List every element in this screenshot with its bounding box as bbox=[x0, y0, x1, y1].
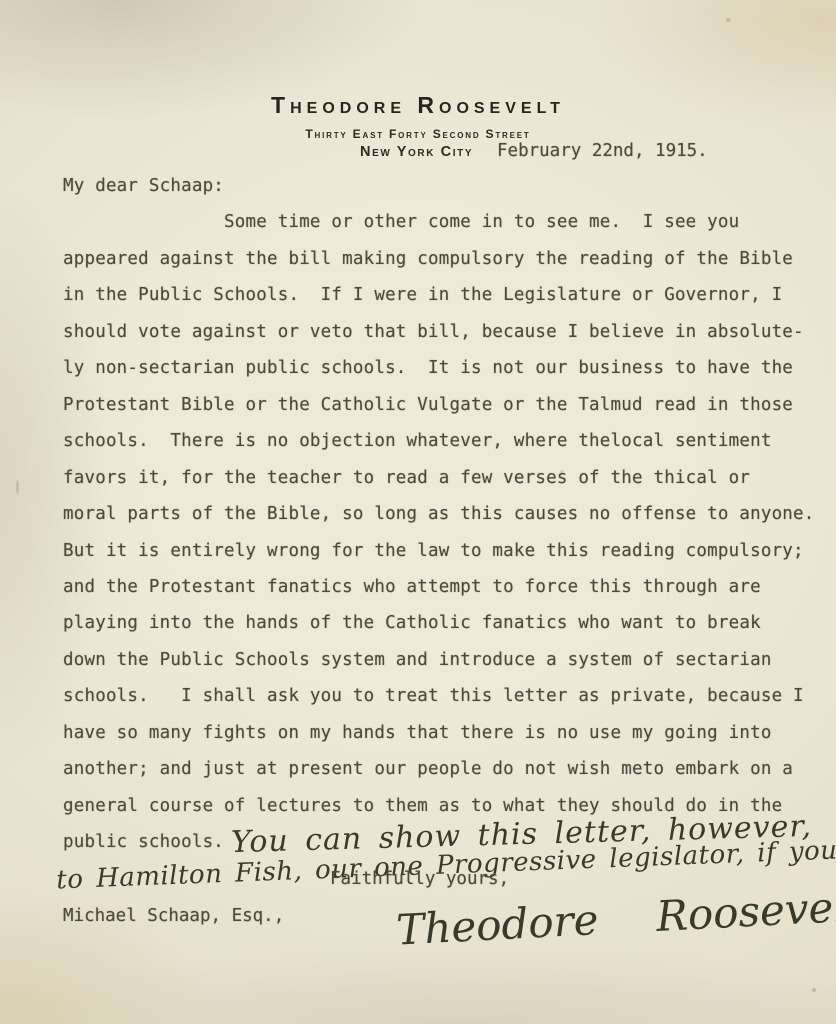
letter-body-line: playing into the hands of the Catholic f… bbox=[63, 605, 815, 641]
letter-body-line: Protestant Bible or the Catholic Vulgate… bbox=[63, 387, 815, 423]
letter-body-line: favors it, for the teacher to read a few… bbox=[63, 460, 815, 496]
letter-body-line: Some time or other come in to see me. I … bbox=[63, 204, 815, 240]
letterhead-city: New York City bbox=[360, 144, 473, 160]
paper-speck bbox=[812, 988, 816, 992]
letterhead-name: Theodore Roosevelt bbox=[0, 92, 836, 119]
letter-body: My dear Schaap: Some time or other come … bbox=[63, 168, 815, 861]
signature-last-name: Roosevelt, bbox=[655, 880, 836, 940]
letterhead-address: Thirty East Forty Second Street bbox=[0, 127, 836, 141]
paper-speck bbox=[16, 480, 19, 494]
letter-body-line: down the Public Schools system and intro… bbox=[63, 642, 815, 678]
letter-body-line: in the Public Schools. If I were in the … bbox=[63, 277, 815, 313]
letter-body-line: appeared against the bill making compuls… bbox=[63, 241, 815, 277]
signature-first-name: Theodore bbox=[395, 895, 600, 955]
letter-body-line: ly non-sectarian public schools. It is n… bbox=[63, 350, 815, 386]
letter-body-line: another; and just at present our people … bbox=[63, 751, 815, 787]
letter-body-line: and the Protestant fanatics who attempt … bbox=[63, 569, 815, 605]
signature: TheodoreRoosevelt, bbox=[395, 880, 836, 954]
letter-body-line: schools. There is no objection whatever,… bbox=[63, 423, 815, 459]
letter-body-line: have so many fights on my hands that the… bbox=[63, 715, 815, 751]
letter-body-line: should vote against or veto that bill, b… bbox=[63, 314, 815, 350]
letter-body-line: My dear Schaap: bbox=[63, 168, 815, 204]
valediction: Faithfully yours, bbox=[330, 869, 509, 889]
letter-date: February 22nd, 1915. bbox=[497, 141, 708, 161]
letter-page: Theodore Roosevelt Thirty East Forty Sec… bbox=[0, 0, 836, 1024]
recipient-name: Michael Schaap, Esq., bbox=[63, 906, 284, 926]
letter-body-line: moral parts of the Bible, so long as thi… bbox=[63, 496, 815, 532]
paper-speck bbox=[726, 18, 731, 22]
letter-body-line: schools. I shall ask you to treat this l… bbox=[63, 678, 815, 714]
letter-body-line: But it is entirely wrong for the law to … bbox=[63, 533, 815, 569]
